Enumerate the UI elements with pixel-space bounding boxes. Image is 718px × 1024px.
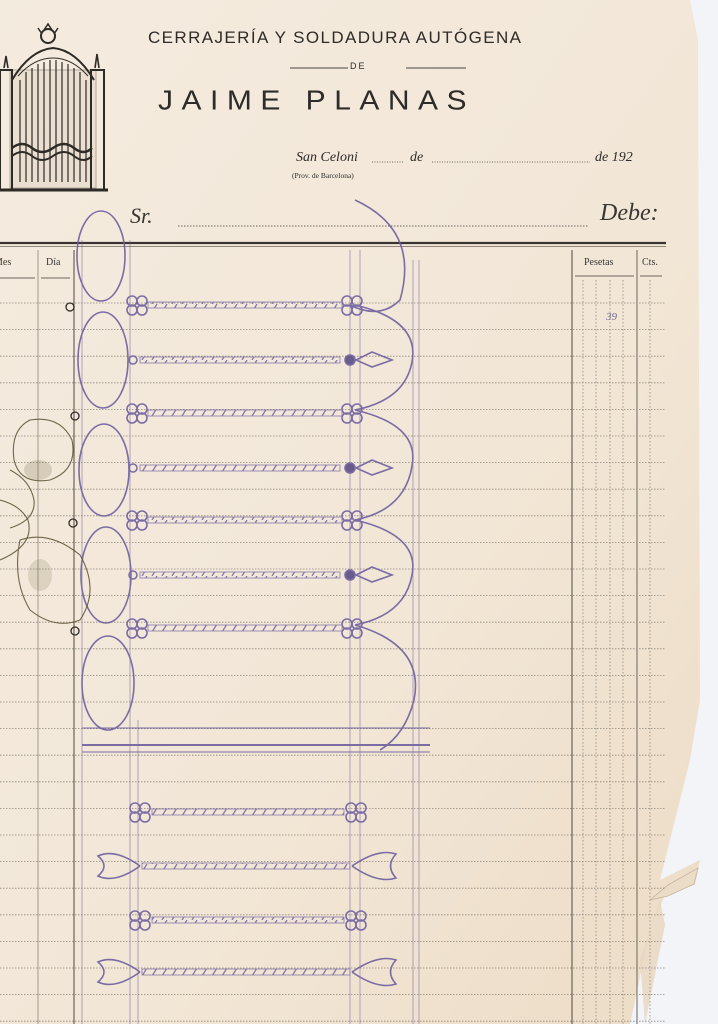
date-year: de 192 [595, 150, 633, 166]
column-header-mes: Mes [0, 257, 11, 268]
owner-name-heading: JAIME PLANAS [158, 85, 475, 116]
column-header-pesetas: Pesetas [584, 257, 613, 268]
invoice-sheet: CERRAJERÍA Y SOLDADURA AUTÓGENA DE JAIME… [0, 0, 718, 1024]
addressee-prefix: Sr. [130, 203, 153, 229]
debe-label: Debe: [600, 200, 659, 227]
date-de: de [410, 150, 423, 166]
column-header-dia: Día [46, 257, 60, 268]
column-header-cts: Cts. [642, 257, 658, 268]
business-type-heading: CERRAJERÍA Y SOLDADURA AUTÓGENA [148, 28, 522, 48]
handwritten-mark: 39 [606, 311, 617, 323]
connector-de: DE [350, 61, 367, 71]
province-label: (Prov. de Barcelona) [292, 171, 354, 180]
date-place: San Celoni [296, 150, 358, 166]
